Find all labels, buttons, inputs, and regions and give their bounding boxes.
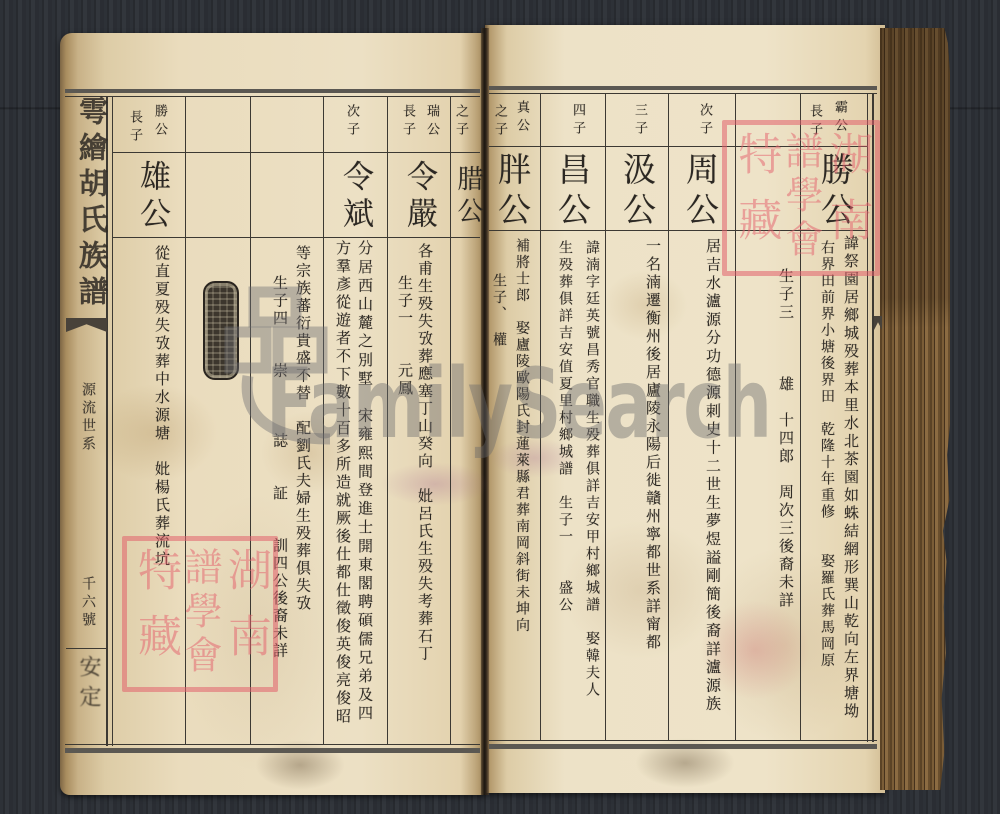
biography-line: 右界田前界小塘後界田 乾隆十年重修 娶羅氏葬馬岡原 bbox=[820, 240, 834, 669]
person-name: 令斌 bbox=[339, 160, 370, 234]
biography-line: 生子三 雄 十四郎 周次三後裔未詳 bbox=[778, 268, 793, 610]
seal-text: 特藏 bbox=[133, 547, 177, 681]
column-header: 四子 bbox=[571, 103, 584, 139]
biography-line: 分居西山麓之別墅 宋雍熙間登進士開東閣聘碩儒兄弟及四 bbox=[357, 240, 372, 724]
column-header: 之子 bbox=[493, 104, 506, 140]
biography-line: 從直夏殁失攷葬中水源塘 妣楊氏葬流坑 bbox=[154, 245, 169, 569]
edge-inscription: 安定 bbox=[77, 655, 99, 715]
bottom-border bbox=[65, 748, 480, 753]
red-collection-seal: 湖南 譜學會 特藏 bbox=[122, 536, 278, 692]
column-header: 次子 bbox=[698, 103, 711, 139]
seal-text: 譜學會 bbox=[782, 131, 820, 265]
biography-line: 生子、 權 bbox=[492, 273, 506, 349]
page-number: 千六號 bbox=[81, 576, 95, 630]
seal-text: 湖南 bbox=[223, 547, 267, 681]
seal-text: 特藏 bbox=[733, 131, 777, 265]
frame-left-line-inner bbox=[112, 96, 113, 746]
top-border-inner bbox=[489, 93, 877, 94]
top-border-inner bbox=[65, 96, 480, 97]
spine-divider bbox=[66, 648, 106, 649]
person-name: 腊公 bbox=[455, 165, 481, 229]
column-header: 真公 bbox=[515, 100, 528, 136]
seal-text: 譜學會 bbox=[181, 547, 219, 681]
column-header: 長子 bbox=[128, 110, 141, 146]
name-row-divider bbox=[112, 237, 480, 238]
spine-title: 雩繪胡氏族譜 bbox=[77, 96, 106, 312]
seal-text: 湖南 bbox=[825, 131, 869, 265]
person-name: 昌公 bbox=[556, 152, 589, 232]
column-header: 之子 bbox=[454, 104, 467, 140]
familysearch-watermark: FamilySearch bbox=[266, 356, 771, 452]
column-header: 勝公 bbox=[153, 104, 166, 140]
person-name: 周公 bbox=[684, 152, 717, 232]
page-block-edge bbox=[880, 28, 950, 790]
column-header: 三子 bbox=[633, 103, 646, 139]
red-collection-seal: 湖南 譜學會 特藏 bbox=[722, 120, 880, 276]
person-name: 胖公 bbox=[496, 152, 529, 232]
column-header: 長子 bbox=[401, 104, 414, 140]
top-border bbox=[65, 89, 480, 93]
biography-line: 方羣彥從遊者不下數十百多所造就厥後仕都仕徵俊英俊亮俊昭 bbox=[335, 240, 350, 726]
person-name: 令嚴 bbox=[403, 160, 434, 234]
bottom-border-inner bbox=[65, 744, 480, 745]
column-header: 次子 bbox=[345, 104, 358, 140]
biography-line: 諱祭園居鄉城殁葬本里水北茶園如蛛結網形巽山乾向左界塘坳 bbox=[843, 235, 858, 721]
header-row-divider bbox=[112, 152, 480, 153]
section-label: 源流世系 bbox=[81, 382, 95, 454]
biography-line: 居吉水瀘源分功德源刺史十二世生夢煜謚剛簡後裔詳瀘源族 bbox=[705, 238, 720, 714]
person-name: 雄公 bbox=[136, 160, 167, 234]
top-border bbox=[489, 86, 877, 90]
bottom-border bbox=[489, 744, 877, 749]
person-name: 汲公 bbox=[621, 152, 654, 232]
column-header: 瑞公 bbox=[425, 104, 438, 140]
bottom-border-inner bbox=[489, 740, 877, 741]
biography-line: 諱湳字廷英號昌秀官職生殁葬俱詳吉安甲村鄉城譜 娶韓夫人 bbox=[585, 240, 599, 699]
